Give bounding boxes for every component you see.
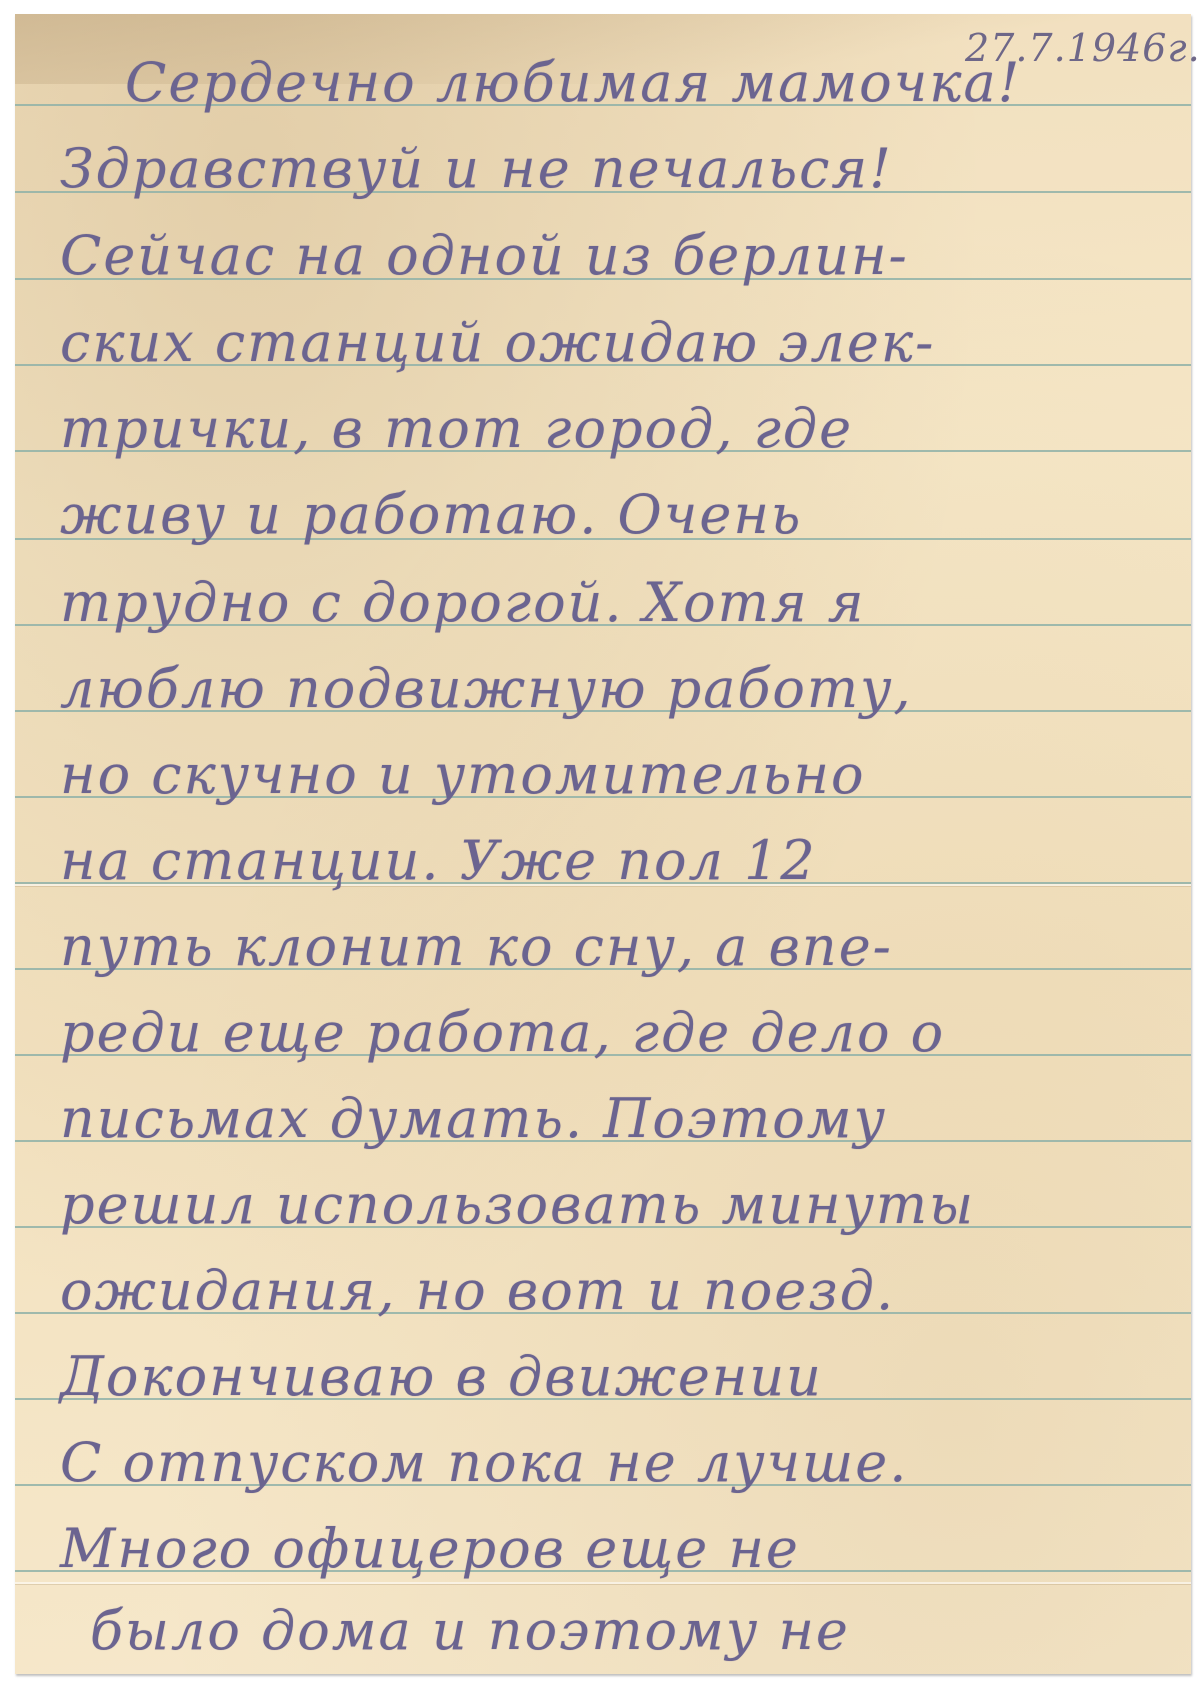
paper-fold: [15, 1582, 1191, 1584]
letter-line: Здравствуй и не печалься!: [60, 142, 893, 196]
letter-line: С отпуском пока не лучше.: [60, 1436, 908, 1490]
letter-line: было дома и поэтому не: [90, 1604, 850, 1658]
letter-line: реди еще работа, где дело о: [60, 1006, 945, 1060]
letter-line: живу и работаю. Очень: [60, 488, 802, 542]
letter-line: Много офицеров еще не: [60, 1522, 800, 1576]
letter-line: трудно с дорогой. Хотя я: [60, 576, 866, 630]
letter-line: ожидания, но вот и поезд.: [60, 1264, 895, 1318]
letter-line: на станции. Уже пол 12: [60, 834, 817, 888]
letter-line: путь клонит ко сну, а впе-: [60, 920, 893, 974]
letter-line: ских станций ожидаю элек-: [60, 316, 935, 370]
letter-line: но скучно и утомительно: [60, 748, 865, 802]
letter-paper: 27.7.1946г. Сердечно любимая мамочка! Зд…: [15, 14, 1191, 1674]
letter-line: люблю подвижную работу,: [60, 662, 913, 716]
letter-line: Докончиваю в движении: [60, 1350, 823, 1404]
letter-line: трички, в тот город, где: [60, 402, 853, 456]
salutation-line: Сердечно любимая мамочка!: [125, 56, 1021, 110]
letter-line: письмах думать. Поэтому: [60, 1092, 887, 1146]
letter-line: решил использовать минуты: [60, 1178, 975, 1232]
letter-line: Сейчас на одной из берлин-: [60, 229, 909, 283]
